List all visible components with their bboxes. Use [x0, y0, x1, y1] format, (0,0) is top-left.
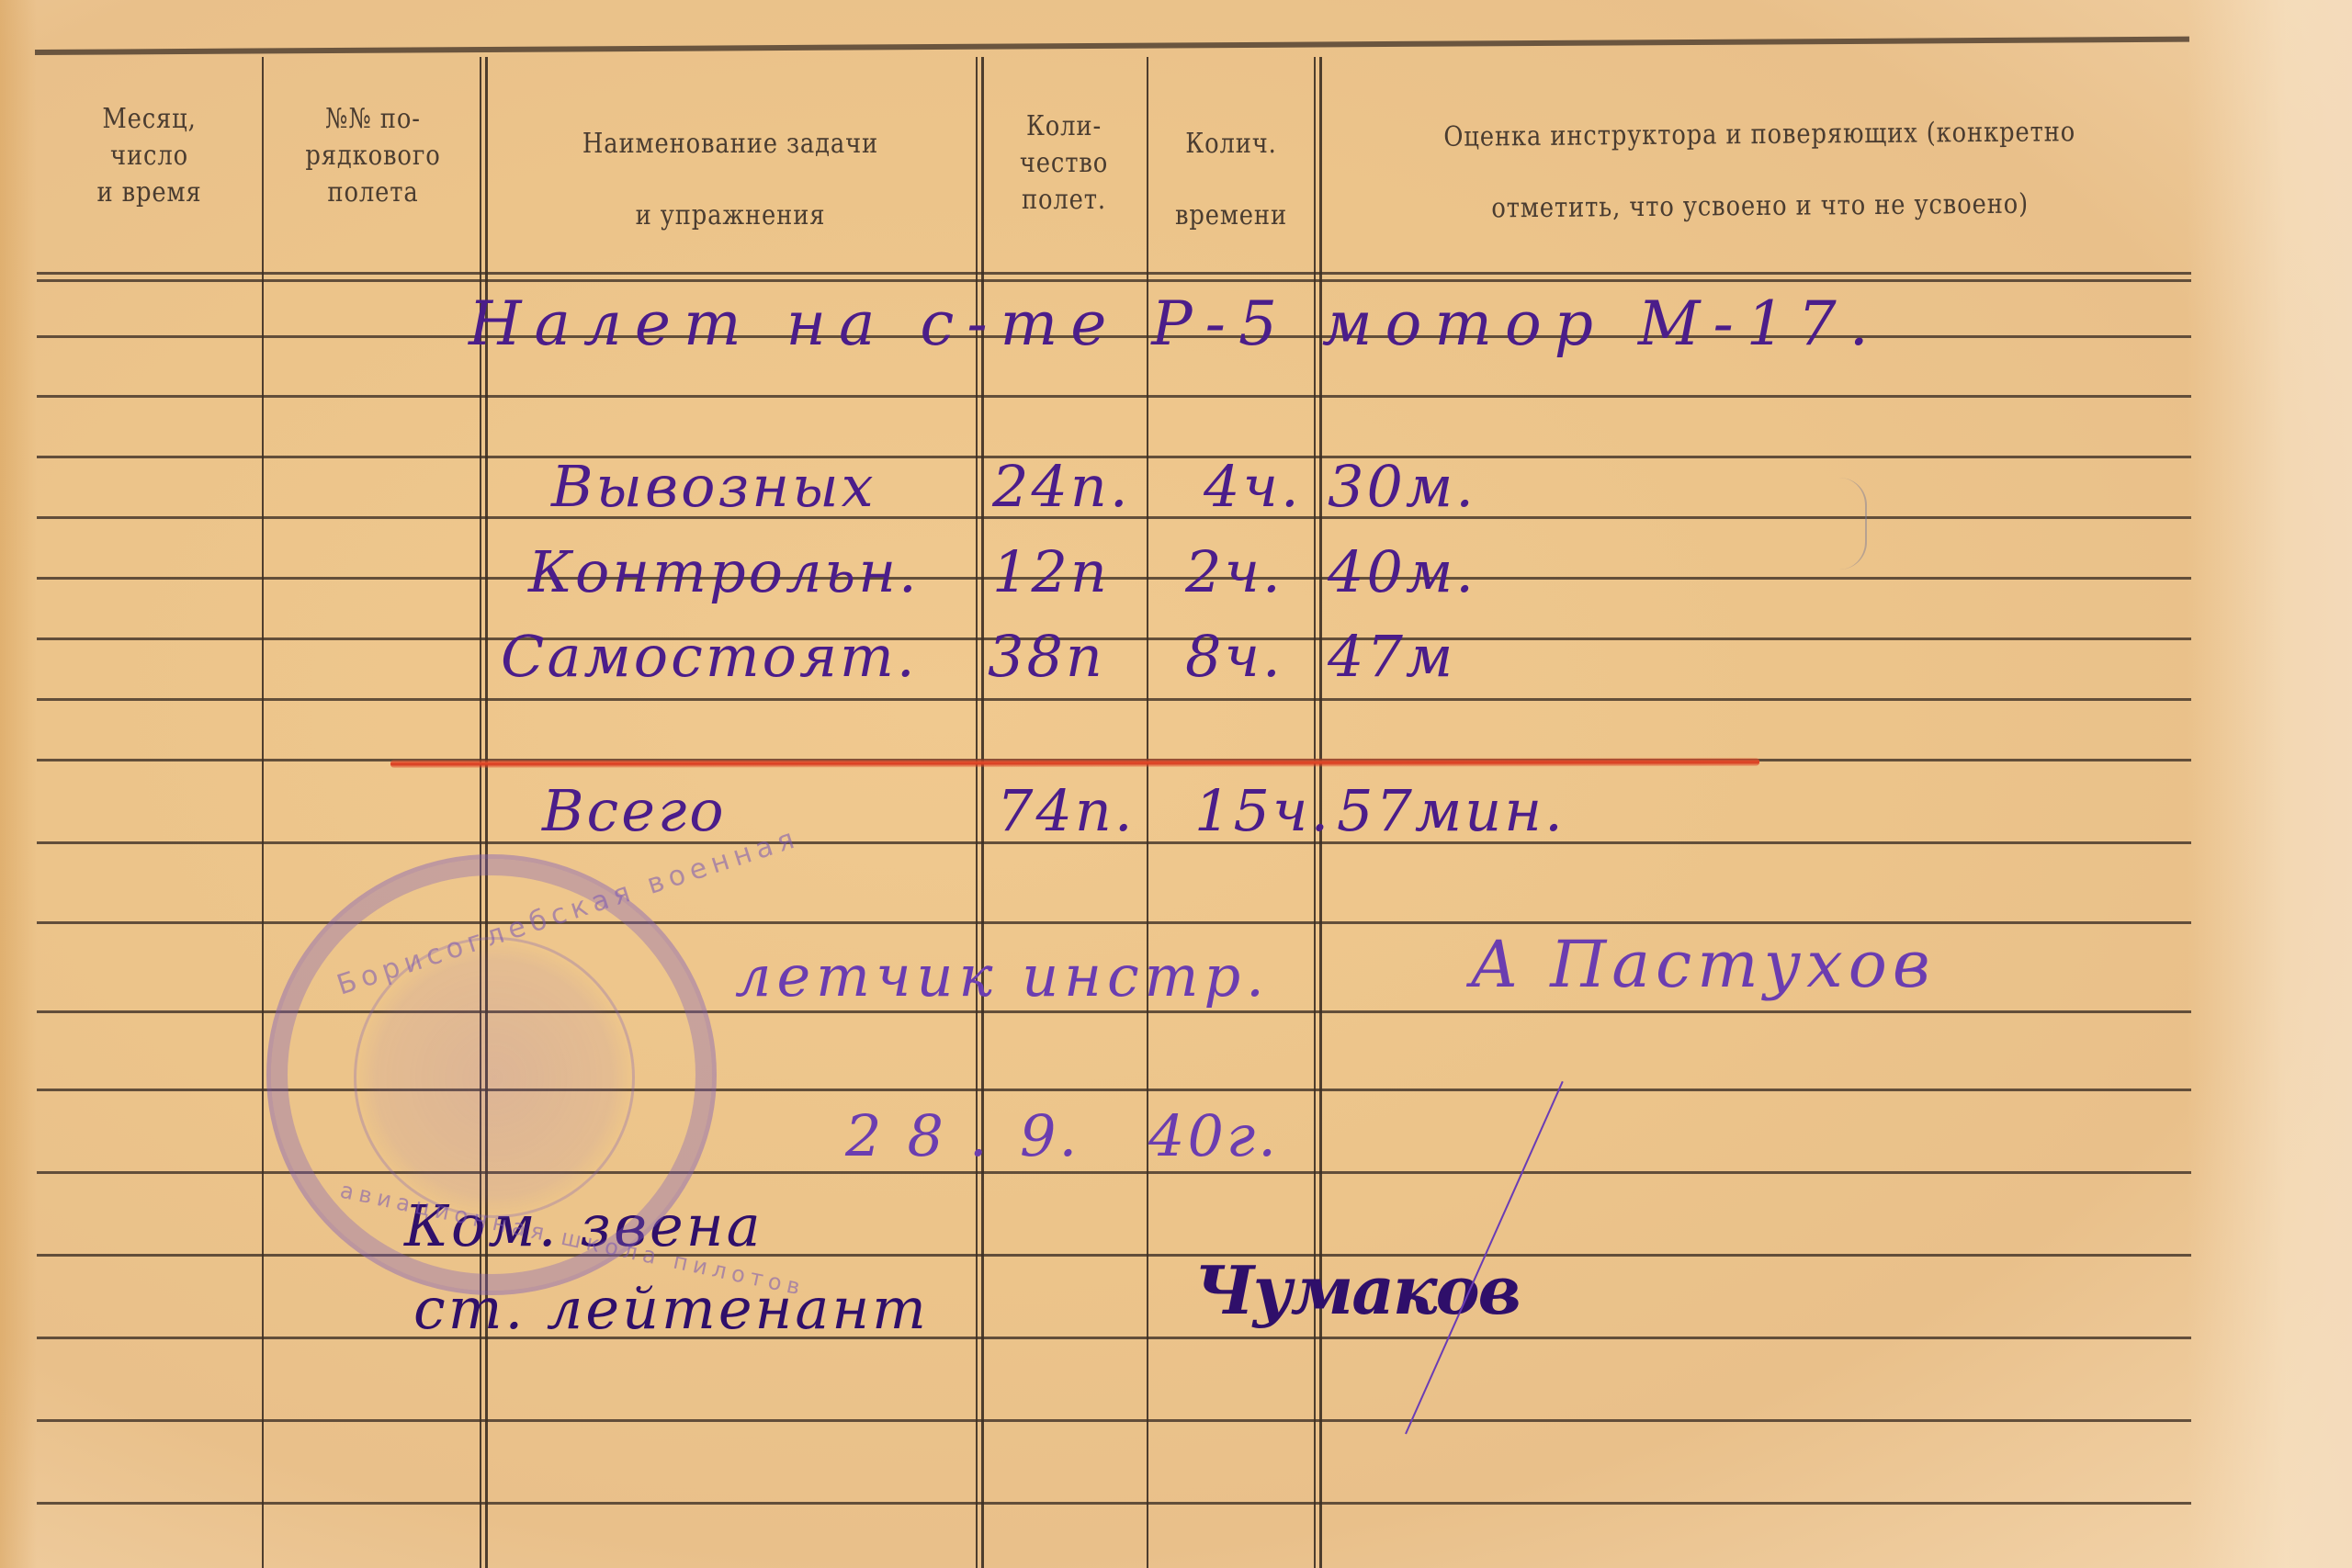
total-minutes: 57мин.	[1337, 779, 1566, 843]
row-rule	[37, 1254, 2191, 1257]
row-type: Вывозных	[551, 455, 876, 519]
header-line: Наименование задачи	[521, 108, 940, 180]
row-rule	[37, 637, 2191, 640]
row-type: Контрольн.	[528, 540, 920, 604]
header-top-rule	[35, 37, 2189, 55]
row-flights: 24п.	[992, 455, 1131, 519]
row-rule	[37, 395, 2191, 398]
column-rule	[1147, 57, 1148, 1568]
row-flights: 38п	[988, 625, 1105, 689]
official-stamp: Борисоглебская военная авиационная школа…	[266, 854, 717, 1295]
signed-day: 28.	[845, 1104, 1013, 1168]
header-line: Оценка инструктора и поверяющих (конкрет…	[1385, 96, 2135, 175]
total-flights: 74п.	[997, 779, 1136, 843]
row-flights: 12п	[992, 540, 1110, 604]
row-rule	[37, 698, 2191, 701]
row-rule	[37, 1419, 2191, 1422]
instructor-signature: А Пастухов	[1470, 932, 1936, 997]
header-line: отметить, что усвоено и что не усвоено)	[1385, 168, 2135, 246]
paper-margin	[2187, 0, 2352, 1568]
pencil-mark	[1837, 478, 1867, 570]
header-line: Колич.	[1160, 108, 1303, 180]
page-edge-shadow	[0, 0, 37, 1568]
row-hours: 4ч.	[1204, 455, 1302, 519]
column-rule	[262, 57, 264, 1568]
red-pencil-underline	[390, 758, 1759, 768]
header-line: полет.	[993, 182, 1136, 219]
header-line: времени	[1160, 180, 1303, 252]
row-rule	[37, 1337, 2191, 1339]
header-line: рядкового	[281, 138, 465, 175]
header-date: Месяц, число и время	[52, 101, 246, 211]
row-minutes: 40м.	[1328, 540, 1476, 604]
header-line: чество	[993, 145, 1136, 182]
instructor-title: летчик инстр.	[735, 944, 1270, 1009]
header-bottom-rule	[37, 272, 2191, 275]
header-line: и упражнения	[521, 180, 940, 252]
header-line: Месяц,	[52, 101, 246, 138]
total-label: Всего	[542, 779, 727, 843]
signed-month: 9.	[1020, 1104, 1080, 1168]
row-minutes: 30м.	[1328, 455, 1476, 519]
header-line: №№ по-	[281, 101, 465, 138]
header-flight-number: №№ по- рядкового полета	[281, 101, 465, 211]
header-task: Наименование задачи и упражнения	[521, 108, 940, 252]
commander-signature: Чумаков	[1194, 1258, 1520, 1323]
row-hours: 2ч.	[1185, 540, 1283, 604]
row-type: Самостоят.	[501, 625, 918, 689]
row-rule	[37, 1502, 2191, 1505]
aircraft-title: Налет на с-те Р-5 мотор М-17.	[469, 292, 1882, 356]
header-line: Коли-	[993, 108, 1136, 145]
header-bottom-rule-2	[37, 279, 2191, 282]
total-hours: 15ч.	[1194, 779, 1331, 843]
header-line: полета	[281, 175, 465, 211]
header-time-amount: Колич. времени	[1160, 108, 1303, 252]
header-line: число	[52, 138, 246, 175]
row-hours: 8ч.	[1185, 625, 1283, 689]
header-evaluation: Оценка инструктора и поверяющих (конкрет…	[1385, 96, 2136, 246]
column-rule	[976, 57, 978, 1568]
header-flights-count: Коли- чество полет.	[993, 108, 1136, 219]
row-rule	[37, 577, 2191, 580]
header-line: и время	[52, 175, 246, 211]
row-minutes: 47м	[1328, 625, 1455, 689]
signed-year: 40г.	[1148, 1104, 1279, 1168]
